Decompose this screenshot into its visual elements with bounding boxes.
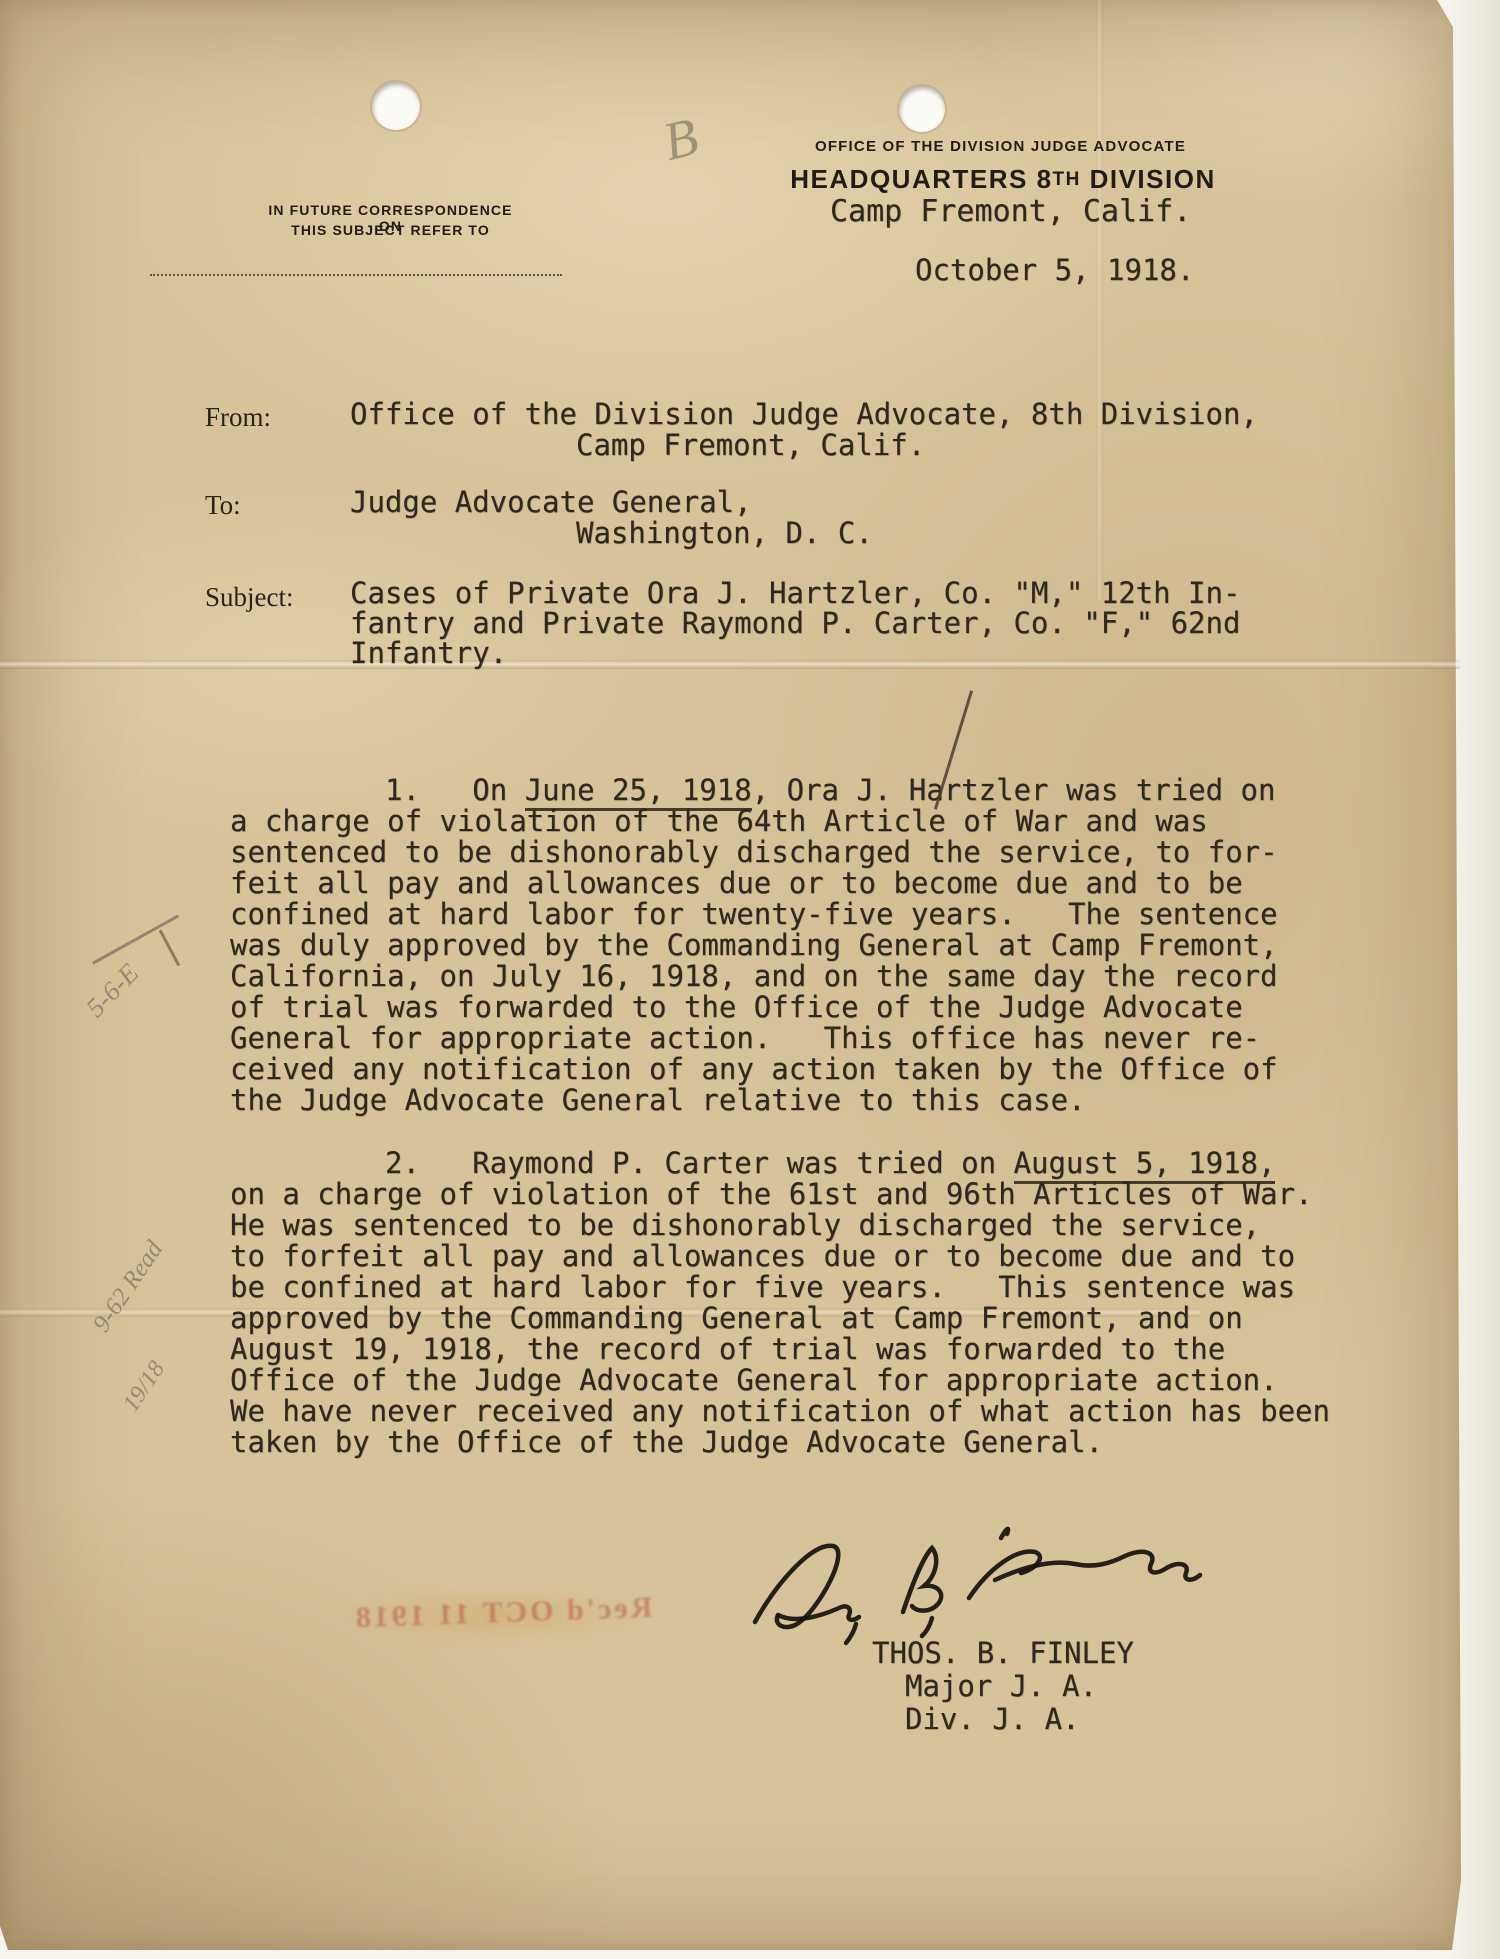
from-line-1: Office of the Division Judge Advocate, 8…	[350, 397, 1258, 431]
refer-fill-in-line	[150, 272, 562, 276]
typewritten-line: be confined at hard labor for five years…	[230, 1272, 1450, 1303]
hq-ordinal: TH	[1053, 169, 1081, 190]
typewritten-line: sentenced to be dishonorably discharged …	[230, 837, 1450, 868]
typewritten-line: taken by the Office of the Judge Advocat…	[230, 1427, 1450, 1458]
typewritten-line: Office of the Judge Advocate General for…	[230, 1365, 1450, 1396]
typewritten-line: 2. Raymond P. Carter was tried on August…	[230, 1148, 1450, 1179]
letterhead-location: Camp Fremont, Calif.	[830, 194, 1191, 229]
letterhead-headquarters-line: HEADQUARTERS 8TH DIVISION	[778, 164, 1228, 195]
para2-lead: 2. Raymond P. Carter was tried on	[385, 1146, 1014, 1180]
typewritten-line: feit all pay and allowances due or to be…	[230, 868, 1450, 899]
typed-signature-rank: Major J. A.	[905, 1669, 1097, 1703]
typewritten-line: We have never received any notification …	[230, 1396, 1450, 1427]
to-line-1: Judge Advocate General,	[350, 485, 752, 519]
scanned-letter: B OFFICE OF THE DIVISION JUDGE ADVOCATE …	[0, 0, 1500, 1959]
typewritten-line: to forfeit all pay and allowances due or…	[230, 1241, 1450, 1272]
refer-line-2: THIS SUBJECT REFER TO	[258, 222, 523, 238]
typewritten-line: He was sentenced to be dishonorably disc…	[230, 1210, 1450, 1241]
crease-mark	[1096, 0, 1103, 600]
typewritten-line: a charge of violation of the 64th Articl…	[230, 806, 1450, 837]
body-paragraph-2: 2. Raymond P. Carter was tried on August…	[230, 1148, 1450, 1458]
typewritten-line: was duly approved by the Commanding Gene…	[230, 930, 1450, 961]
letter-date: October 5, 1918.	[915, 253, 1194, 287]
body-paragraph-1: 1. On June 25, 1918, Ora J. Hartzler was…	[230, 775, 1450, 1116]
letterhead-office-line: OFFICE OF THE DIVISION JUDGE ADVOCATE	[808, 138, 1193, 155]
to-label: To:	[205, 490, 241, 521]
typewritten-line: General for appropriate action. This off…	[230, 1023, 1450, 1054]
typewritten-line: of trial was forwarded to the Office of …	[230, 992, 1450, 1023]
hole-punch-right	[899, 86, 945, 132]
subject-line-3: Infantry.	[350, 636, 507, 670]
subject-line-2: fantry and Private Raymond P. Carter, Co…	[350, 606, 1240, 640]
subject-label: Subject:	[205, 582, 294, 613]
from-label: From:	[205, 402, 271, 433]
from-line-2: Camp Fremont, Calif.	[576, 428, 925, 462]
para1-after: , Ora J. Hartzler was tried on	[752, 773, 1276, 807]
typewritten-line: on a charge of violation of the 61st and…	[230, 1179, 1450, 1210]
typed-signature-title: Div. J. A.	[905, 1702, 1080, 1736]
typewritten-line: approved by the Commanding General at Ca…	[230, 1303, 1450, 1334]
typewritten-line: 1. On June 25, 1918, Ora J. Hartzler was…	[230, 775, 1450, 806]
para1-lead: 1. On	[385, 773, 525, 807]
typewritten-line: confined at hard labor for twenty-five y…	[230, 899, 1450, 930]
typewritten-line: August 19, 1918, the record of trial was…	[230, 1334, 1450, 1365]
typewritten-line: California, on July 16, 1918, and on the…	[230, 961, 1450, 992]
typewritten-line: the Judge Advocate General relative to t…	[230, 1085, 1450, 1116]
typed-signature-name: THOS. B. FINLEY	[872, 1636, 1134, 1670]
hole-punch-left	[372, 82, 420, 130]
to-line-2: Washington, D. C.	[576, 516, 873, 550]
typewritten-line: ceived any notification of any action ta…	[230, 1054, 1450, 1085]
crease-mark	[0, 660, 1460, 669]
hq-division: DIVISION	[1081, 164, 1216, 194]
hq-text: HEADQUARTERS 8	[790, 164, 1052, 194]
subject-line-1: Cases of Private Ora J. Hartzler, Co. "M…	[350, 576, 1240, 610]
